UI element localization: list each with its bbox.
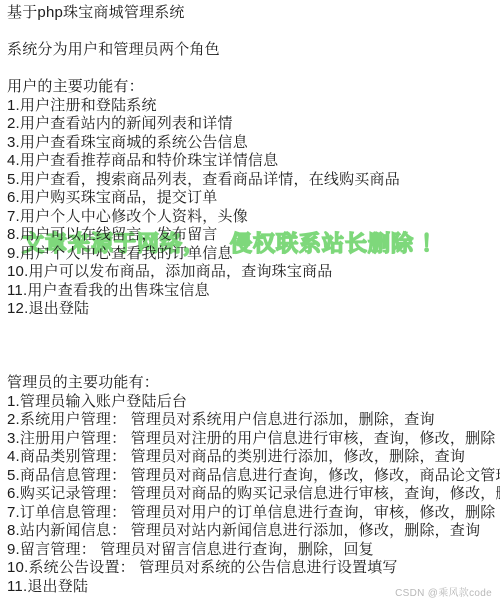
user-feature-line: 7.用户个人中心修改个人资料，头像 — [7, 208, 498, 227]
spacer — [7, 337, 498, 356]
user-feature-line: 9.用户个人中心查看我的订单信息 — [7, 245, 498, 264]
admin-feature-line: 8.站内新闻信息： 管理员对站内新闻信息进行添加，修改，删除，查询 — [7, 522, 498, 541]
admin-feature-line: 10.系统公告设置： 管理员对系统的公告信息进行设置填写 — [7, 559, 498, 578]
admin-feature-line: 3.注册用户管理： 管理员对注册的用户信息进行审核，查询，修改，删除 — [7, 430, 498, 449]
user-section-heading: 用户的主要功能有： — [7, 78, 498, 97]
user-feature-line: 2.用户查看站内的新闻列表和详情 — [7, 115, 498, 134]
spacer — [7, 319, 498, 338]
user-feature-line: 12.退出登陆 — [7, 300, 498, 319]
user-feature-line: 10.用户可以发布商品，添加商品，查询珠宝商品 — [7, 263, 498, 282]
admin-feature-line: 7.订单信息管理： 管理员对用户的订单信息进行查询，审核，修改，删除 — [7, 504, 498, 523]
admin-feature-line: 6.购买记录管理： 管理员对商品的购买记录信息进行审核，查询，修改，删除 — [7, 485, 498, 504]
intro-line: 系统分为用户和管理员两个角色 — [7, 41, 498, 60]
spacer — [7, 23, 498, 42]
article-body: 基于php珠宝商城管理系统 系统分为用户和管理员两个角色 用户的主要功能有： 1… — [7, 4, 498, 596]
admin-feature-line: 2.系统用户管理： 管理员对系统用户信息进行添加，删除，查询 — [7, 411, 498, 430]
user-feature-line: 5.用户查看，搜索商品列表，查看商品详情，在线购买商品 — [7, 171, 498, 190]
user-feature-line: 11.用户查看我的出售珠宝信息 — [7, 282, 498, 301]
user-feature-line: 8.用户可以在线留言，发布留言 — [7, 226, 498, 245]
user-feature-line: 4.用户查看推荐商品和特价珠宝详情信息 — [7, 152, 498, 171]
page-title: 基于php珠宝商城管理系统 — [7, 4, 498, 23]
admin-feature-line: 1.管理员输入账户登陆后台 — [7, 393, 498, 412]
csdn-author-watermark: CSDN @乘风款code — [395, 584, 492, 599]
admin-feature-line: 9.留言管理： 管理员对留言信息进行查询，删除，回复 — [7, 541, 498, 560]
user-feature-line: 6.用户购买珠宝商品，提交订单 — [7, 189, 498, 208]
spacer — [7, 60, 498, 79]
user-feature-line: 3.用户查看珠宝商城的系统公告信息 — [7, 134, 498, 153]
admin-feature-line: 5.商品信息管理： 管理员对商品信息进行查询，修改，修改，商品论文管理 — [7, 467, 498, 486]
admin-feature-line: 4.商品类别管理： 管理员对商品的类别进行添加，修改，删除，查询 — [7, 448, 498, 467]
spacer — [7, 356, 498, 375]
admin-section-heading: 管理员的主要功能有： — [7, 374, 498, 393]
user-feature-line: 1.用户注册和登陆系统 — [7, 97, 498, 116]
